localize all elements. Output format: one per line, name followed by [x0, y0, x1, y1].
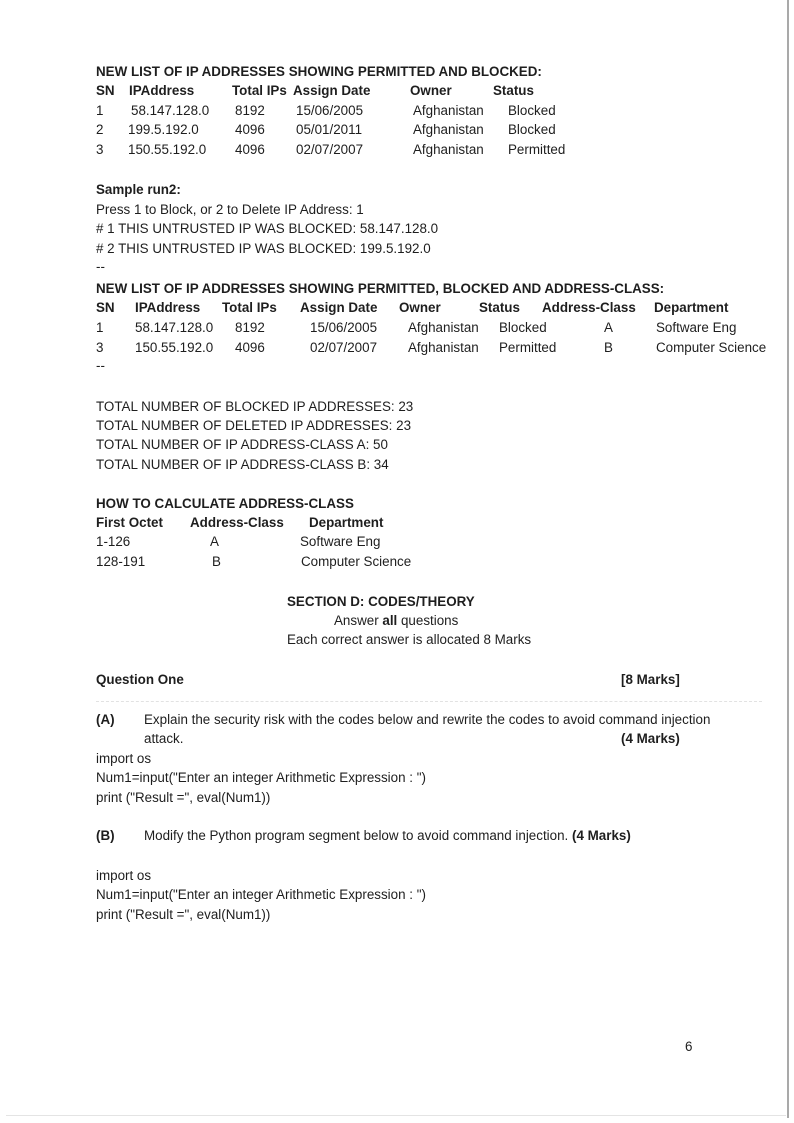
cell-ipaddress: 199.5.192.0 [128, 120, 199, 139]
page-number: 6 [685, 1037, 692, 1056]
part-a-code-line: Num1=input("Enter an integer Arithmetic … [96, 768, 426, 787]
table2-header-department: Department [654, 298, 728, 317]
cell-address-class: B [604, 338, 613, 357]
cell-total-ips: 8192 [235, 318, 265, 337]
table1-header-row: SN IPAddress Total IPs Assign Date Owner… [0, 81, 794, 100]
cell-ipaddress: 58.147.128.0 [131, 101, 209, 120]
cell-assign-date: 15/06/2005 [296, 101, 363, 120]
part-b-code-line: Num1=input("Enter an integer Arithmetic … [96, 885, 426, 904]
instruction-bold: all [382, 613, 397, 628]
sample-run2-title: Sample run2: [96, 180, 181, 199]
total-line: TOTAL NUMBER OF IP ADDRESS-CLASS A: 50 [96, 435, 388, 454]
table2-header-total-ips: Total IPs [222, 298, 277, 317]
cell-department: Computer Science [656, 338, 766, 357]
part-b-marks: (4 Marks) [572, 828, 631, 843]
table1-header-ipaddress: IPAddress [129, 81, 194, 100]
cell-status: Blocked [508, 120, 556, 139]
cell-status: Permitted [499, 338, 556, 357]
table2-header-address-class: Address-Class [542, 298, 636, 317]
cell-owner: Afghanistan [408, 318, 479, 337]
cell-sn: 3 [96, 140, 103, 159]
cell-total-ips: 4096 [235, 140, 265, 159]
table-row: 3 150.55.192.0 4096 02/07/2007 Afghanist… [0, 338, 794, 357]
table2-header-sn: SN [96, 298, 115, 317]
table1-title: NEW LIST OF IP ADDRESSES SHOWING PERMITT… [96, 62, 542, 81]
dashed-separator [96, 701, 762, 702]
cell-sn: 3 [96, 338, 103, 357]
part-a-code-line: import os [96, 749, 151, 768]
table2-title: NEW LIST OF IP ADDRESSES SHOWING PERMITT… [96, 279, 664, 298]
cell-assign-date: 02/07/2007 [310, 338, 377, 357]
part-a-marks: (4 Marks) [621, 729, 680, 748]
address-class-guide-title: HOW TO CALCULATE ADDRESS-CLASS [96, 494, 354, 513]
instruction-prefix: Answer [334, 613, 382, 628]
cell-address-class: A [210, 532, 219, 551]
part-a-code-line: print ("Result =", eval(Num1)) [96, 788, 270, 807]
sample-run2-line: Press 1 to Block, or 2 to Delete IP Addr… [96, 200, 364, 219]
total-line: TOTAL NUMBER OF DELETED IP ADDRESSES: 23 [96, 416, 411, 435]
cell-sn: 1 [96, 101, 103, 120]
table1-header-assign-date: Assign Date [293, 81, 370, 100]
table2-header-assign-date: Assign Date [300, 298, 377, 317]
table2-header-owner: Owner [399, 298, 441, 317]
cell-status: Permitted [508, 140, 565, 159]
table-row: 1 58.147.128.0 8192 15/06/2005 Afghanist… [0, 318, 794, 337]
table1-header-status: Status [493, 81, 534, 100]
section-title: SECTION D: CODES/THEORY [287, 592, 475, 611]
table-row: 128-191 B Computer Science [0, 552, 794, 571]
cell-sn: 1 [96, 318, 103, 337]
table1-header-total-ips: Total IPs [232, 81, 287, 100]
header-department: Department [309, 513, 383, 532]
sample-run2-line: -- [96, 257, 105, 276]
part-a-text-line1: Explain the security risk with the codes… [144, 710, 710, 729]
sample-run2-line: # 1 THIS UNTRUSTED IP WAS BLOCKED: 58.14… [96, 219, 438, 238]
cell-ipaddress: 150.55.192.0 [128, 140, 206, 159]
table-row: 1 58.147.128.0 8192 15/06/2005 Afghanist… [0, 101, 794, 120]
table2-trailer: -- [96, 356, 105, 375]
header-first-octet: First Octet [96, 513, 163, 532]
cell-owner: Afghanistan [413, 101, 484, 120]
sample-run2-line: # 2 THIS UNTRUSTED IP WAS BLOCKED: 199.5… [96, 239, 431, 258]
question-marks: [8 Marks] [621, 670, 680, 689]
cell-total-ips: 4096 [235, 338, 265, 357]
cell-department: Computer Science [301, 552, 411, 571]
table1-header-owner: Owner [410, 81, 452, 100]
total-line: TOTAL NUMBER OF IP ADDRESS-CLASS B: 34 [96, 455, 389, 474]
cell-status: Blocked [508, 101, 556, 120]
page-edge-bottom [6, 1115, 786, 1116]
cell-ipaddress: 58.147.128.0 [135, 318, 213, 337]
cell-owner: Afghanistan [413, 120, 484, 139]
table-row: 2 199.5.192.0 4096 05/01/2011 Afghanista… [0, 120, 794, 139]
cell-owner: Afghanistan [408, 338, 479, 357]
cell-department: Software Eng [300, 532, 380, 551]
part-b-code-line: print ("Result =", eval(Num1)) [96, 905, 270, 924]
part-b-text-body: Modify the Python program segment below … [144, 828, 568, 843]
cell-ipaddress: 150.55.192.0 [135, 338, 213, 357]
part-b-code-line: import os [96, 866, 151, 885]
instruction-suffix: questions [397, 613, 458, 628]
cell-total-ips: 8192 [235, 101, 265, 120]
section-marks-note: Each correct answer is allocated 8 Marks [287, 630, 531, 649]
table2-header-status: Status [479, 298, 520, 317]
table2-header-ipaddress: IPAddress [135, 298, 200, 317]
cell-first-octet: 128-191 [96, 552, 145, 571]
total-line: TOTAL NUMBER OF BLOCKED IP ADDRESSES: 23 [96, 397, 413, 416]
cell-address-class: A [604, 318, 613, 337]
question-title: Question One [96, 670, 184, 689]
part-b-label: (B) [96, 826, 115, 845]
cell-status: Blocked [499, 318, 547, 337]
cell-address-class: B [212, 552, 221, 571]
cell-assign-date: 02/07/2007 [296, 140, 363, 159]
cell-total-ips: 4096 [235, 120, 265, 139]
part-b-text: Modify the Python program segment below … [144, 826, 631, 845]
header-address-class: Address-Class [190, 513, 284, 532]
part-a-text-line2: attack. [144, 729, 183, 748]
cell-owner: Afghanistan [413, 140, 484, 159]
cell-sn: 2 [96, 120, 103, 139]
address-class-header-row: First Octet Address-Class Department [0, 513, 794, 532]
cell-first-octet: 1-126 [96, 532, 130, 551]
cell-assign-date: 15/06/2005 [310, 318, 377, 337]
table-row: 1-126 A Software Eng [0, 532, 794, 551]
section-instruction: Answer all questions [334, 611, 458, 630]
cell-department: Software Eng [656, 318, 736, 337]
part-a-label: (A) [96, 710, 115, 729]
table1-header-sn: SN [96, 81, 115, 100]
table-row: 3 150.55.192.0 4096 02/07/2007 Afghanist… [0, 140, 794, 159]
table2-header-row: SN IPAddress Total IPs Assign Date Owner… [0, 298, 794, 317]
cell-assign-date: 05/01/2011 [296, 120, 362, 139]
